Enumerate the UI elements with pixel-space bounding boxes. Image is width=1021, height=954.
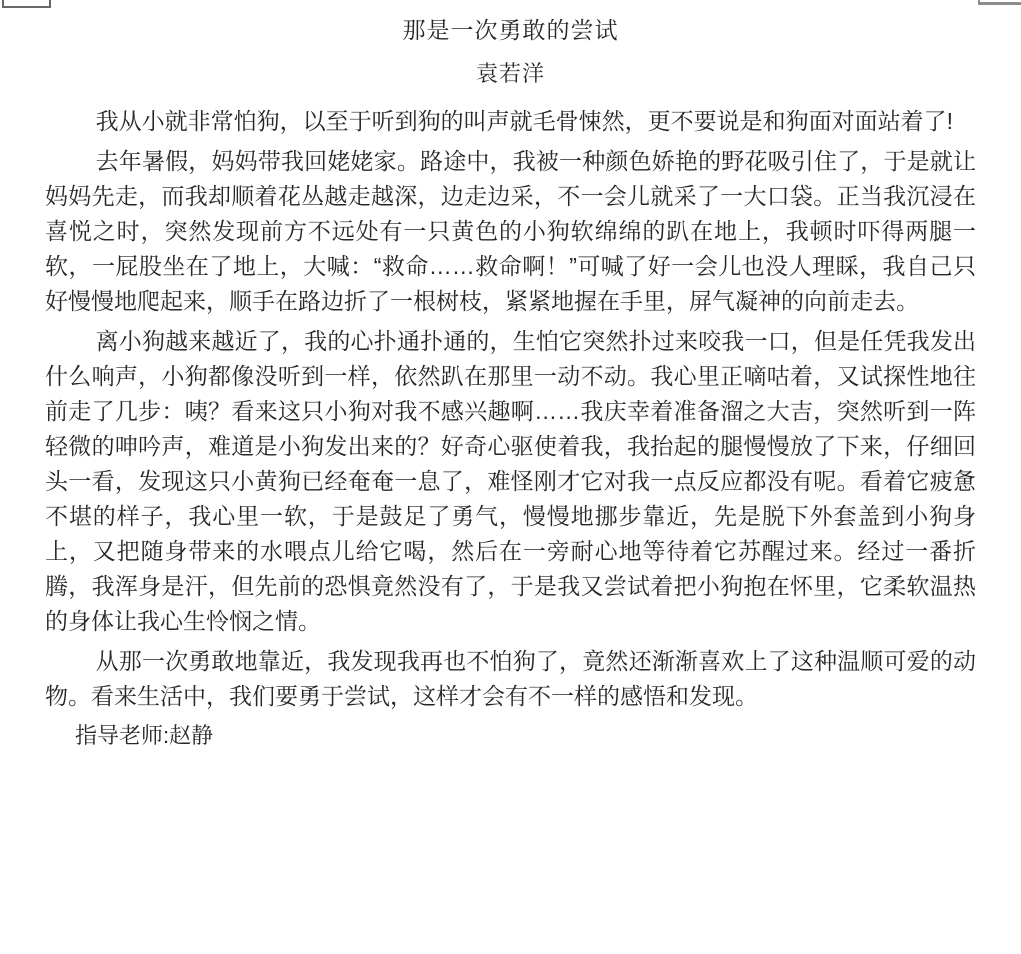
cropped-ui-fragment-top-right: [978, 0, 1021, 5]
essay-paragraph-3: 离小狗越来越近了，我的心扑通扑通的，生怕它突然扑过来咬我一口，但是任凭我发出什么…: [45, 324, 976, 639]
cropped-ui-fragment-top-left: [2, 0, 51, 8]
essay-body: 那是一次勇敢的尝试 袁若洋 我从小就非常怕狗，以至于听到狗的叫声就毛骨悚然，更不…: [45, 12, 976, 753]
document-page: 那是一次勇敢的尝试 袁若洋 我从小就非常怕狗，以至于听到狗的叫声就毛骨悚然，更不…: [0, 0, 1021, 954]
essay-paragraph-2: 去年暑假，妈妈带我回姥姥家。路途中，我被一种颜色娇艳的野花吸引住了，于是就让妈妈…: [45, 144, 976, 319]
advisor-line: 指导老师:赵静: [45, 718, 976, 753]
essay-author: 袁若洋: [45, 56, 976, 92]
essay-paragraph-4: 从那一次勇敢地靠近，我发现我再也不怕狗了，竟然还渐渐喜欢上了这种温顺可爱的动物。…: [45, 644, 976, 714]
essay-paragraph-1: 我从小就非常怕狗，以至于听到狗的叫声就毛骨悚然，更不要说是和狗面对面站着了!: [45, 104, 976, 139]
essay-title: 那是一次勇敢的尝试: [45, 12, 976, 48]
